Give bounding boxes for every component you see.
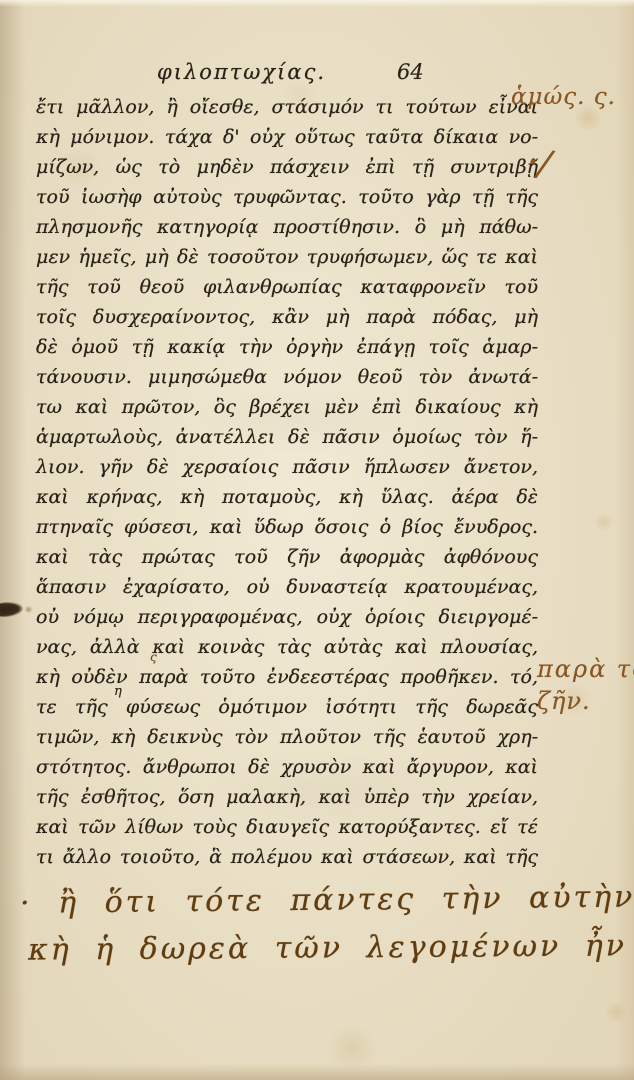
margin-check-mark: ·/ <box>524 142 553 186</box>
bottom-annotation-line1: · ἢ ὅτι τότε πάντες τὴν αὐτὴν τιμὴν, <box>20 878 634 921</box>
text-line: καὶ τῶν λίθων τοὺς διαυγεῖς κατορύξαντες… <box>36 812 538 842</box>
manuscript-page: φιλοπτωχίας. 64 ἔτι μᾶλλον, ἢ οἴεσθε, στ… <box>0 0 634 1080</box>
printed-text-block: ἔτι μᾶλλον, ἢ οἴεσθε, στάσιμόν τι τούτων… <box>36 92 538 872</box>
text-line: ἁμαρτωλοὺς, ἀνατέλλει δὲ πᾶσιν ὁμοίως τὸ… <box>36 422 538 452</box>
ink-blot <box>0 601 23 618</box>
page-number: 64 <box>397 60 424 84</box>
text-line: τοῦ ἰωσὴφ αὐτοὺς τρυφῶντας. τοῦτο γὰρ τῇ… <box>36 182 538 212</box>
text-line: στότητος. ἄνθρωποι δὲ χρυσὸν καὶ ἄργυρον… <box>36 752 538 782</box>
text-line: τι ἄλλο τοιοῦτο, ἃ πολέμου καὶ στάσεων, … <box>36 842 538 872</box>
running-title: φιλοπτωχίας. <box>157 60 326 84</box>
text-line: τιμῶν, κὴ δεικνὺς τὸν πλοῦτον τῆς ἑαυτοῦ… <box>36 722 538 752</box>
text-line: ἅπασιν ἐχαρίσατο, οὐ δυναστείᾳ κρατουμέν… <box>36 572 538 602</box>
bottom-annotation-line2: κὴ ἡ δωρεὰ τῶν λεγομένων ἦν πᾶσιν. <box>28 927 634 967</box>
text-line: μεν ἡμεῖς, μὴ δὲ τοσοῦτον τρυφήσωμεν, ὥς… <box>36 242 538 272</box>
text-line: καὶ τὰς πρώτας τοῦ ζῆν ἀφορμὰς ἀφθόνους <box>36 542 538 572</box>
text-line: κὴ οὐδὲν παρὰ τοῦτο ἐνδεεστέρας προθῆκεν… <box>36 662 538 692</box>
interlinear-insertion-mark: ς <box>150 650 157 664</box>
interlinear-correction: η <box>114 684 122 699</box>
margin-note-scripture-ref: ἁμώς. ς. <box>511 84 616 110</box>
text-line: ἔτι μᾶλλον, ἢ οἴεσθε, στάσιμόν τι τούτων… <box>36 92 538 122</box>
text-line: τω καὶ πρῶτον, ὃς βρέχει μὲν ἐπὶ δικαίου… <box>36 392 538 422</box>
text-line: τάνουσιν. μιμησώμεθα νόμον θεοῦ τὸν ἀνωτ… <box>36 362 538 392</box>
text-line: νας, ἀλλὰ καὶ κοινὰς τὰς αὐτὰς καὶ πλουσ… <box>36 632 538 662</box>
text-line: δὲ ὁμοῦ τῇ κακίᾳ τὴν ὀργὴν ἐπάγῃ τοῖς ἁμ… <box>36 332 538 362</box>
text-line: τε τῆς φύσεως ὁμότιμον ἰσότητι τῆς δωρεᾶ… <box>36 692 538 722</box>
text-line: μίζων, ὡς τὸ μηδὲν πάσχειν ἐπὶ τῇ συντρι… <box>36 152 538 182</box>
text-line: λιον. γῆν δὲ χερσαίοις πᾶσιν ἥπλωσεν ἄνε… <box>36 452 538 482</box>
margin-gloss-line2: ζῆν. <box>537 687 591 715</box>
text-line: τῆς τοῦ θεοῦ φιλανθρωπίας καταφρονεῖν το… <box>36 272 538 302</box>
text-line: κὴ μόνιμον. τάχα δ' οὐχ οὕτως ταῦτα δίκα… <box>36 122 538 152</box>
margin-gloss-line1: παρὰ τὸ <box>537 655 634 683</box>
text-line: οὐ νόμῳ περιγραφομένας, οὐχ ὁρίοις διειρ… <box>36 602 538 632</box>
text-line: πτηναῖς φύσεσι, καὶ ὕδωρ ὅσοις ὁ βίος ἔν… <box>36 512 538 542</box>
text-line: τοῖς δυσχεραίνοντος, κἂν μὴ παρὰ πόδας, … <box>36 302 538 332</box>
text-line: καὶ κρήνας, κὴ ποταμοὺς, κὴ ὕλας. ἀέρα δ… <box>36 482 538 512</box>
ink-blot-smudge <box>24 606 33 613</box>
text-line: πλησμονῆς κατηγορίᾳ προστίθησιν. ὃ μὴ πά… <box>36 212 538 242</box>
text-line: τῆς ἐσθῆτος, ὅση μαλακὴ, καὶ ὑπὲρ τὴν χρ… <box>36 782 538 812</box>
